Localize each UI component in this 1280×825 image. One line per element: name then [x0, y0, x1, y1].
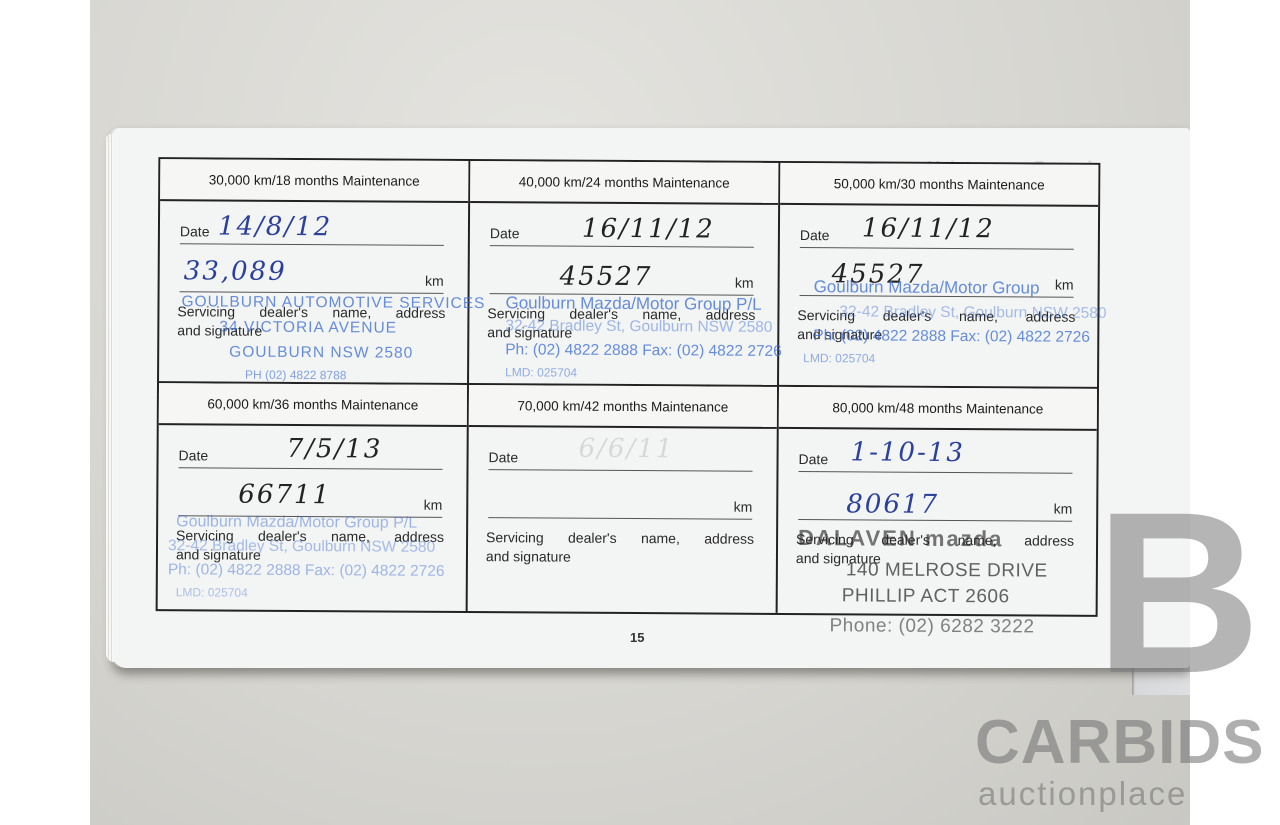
date-label: Date: [180, 223, 210, 239]
date-label: Date: [800, 227, 830, 243]
dealer-stamp-line: LMD: 025704: [505, 365, 577, 379]
maintenance-cell-30000: 30,000 km/18 months Maintenance Date 14/…: [159, 159, 470, 385]
km-line: [798, 519, 1072, 522]
photo-background: Maintenance Record 30,000 km/18 months M…: [90, 0, 1190, 825]
date-label: Date: [490, 225, 520, 241]
page-number: 15: [630, 630, 644, 645]
dealer-stamp-line: Phone: (02) 6282 3222: [829, 615, 1034, 638]
service-book-page: Maintenance Record 30,000 km/18 months M…: [112, 128, 1190, 668]
dealer-stamp-line: Goulburn Mazda/Motor Group P/L: [505, 293, 761, 315]
odometer-value: 45527: [560, 262, 653, 293]
odometer-value: 66711: [238, 480, 331, 511]
dealer-stamp-line: 32-42 Bradley St, Goulburn NSW 2580: [505, 317, 772, 337]
dealer-stamp-line: LMD: 025704: [803, 351, 875, 365]
dealer-stamp-line: PH (02) 4822 8788: [245, 368, 346, 383]
dealer-stamp-line: GOULBURN AUTOMOTIVE SERVICES: [181, 293, 485, 313]
date-line: [488, 469, 752, 472]
dealer-stamp-line: 34 VICTORIA AVENUE: [219, 319, 397, 338]
maintenance-grid: 30,000 km/18 months Maintenance Date 14/…: [156, 157, 1101, 617]
cell-heading: 70,000 km/42 months Maintenance: [469, 385, 777, 429]
cell-heading: 50,000 km/30 months Maintenance: [780, 163, 1098, 207]
dealer-stamp-line: Goulburn Mazda/Motor Group: [814, 277, 1040, 298]
dealer-stamp-line: Goulburn Mazda/Motor Group P/L: [176, 513, 417, 532]
km-label: km: [424, 497, 443, 513]
dealer-stamp-line: 140 MELROSE DRIVE: [846, 559, 1048, 582]
maintenance-cell-40000: 40,000 km/24 months Maintenance Date 16/…: [469, 161, 780, 387]
date-line: [800, 247, 1074, 250]
date-label: Date: [179, 447, 209, 463]
date-value: 7/5/13: [287, 434, 383, 465]
dealer-stamp-line: Ph: (02) 4822 2888 Fax: (02) 4822 2726: [505, 341, 782, 361]
dealer-stamp-line: Ph: (02) 4822 2888 Fax: (02) 4822 2726: [813, 327, 1090, 347]
date-line: [490, 245, 754, 248]
odometer-value: 33,089: [184, 256, 287, 287]
cell-heading: 40,000 km/24 months Maintenance: [470, 161, 778, 205]
cell-heading: 60,000 km/36 months Maintenance: [159, 383, 467, 427]
dealer-stamp-line: 32-42 Bradley St, Goulburn NSW 2580: [839, 303, 1106, 323]
date-value: 14/8/12: [218, 211, 332, 242]
km-label: km: [1055, 277, 1074, 293]
maintenance-cell-60000: 60,000 km/36 months Maintenance Date 7/5…: [158, 383, 469, 611]
date-value: 1-10-13: [851, 437, 965, 468]
dealer-stamp-line: PHILLIP ACT 2606: [842, 585, 1010, 608]
dealer-stamp-line: 32-42 Bradley St, Goulburn NSW 2580: [168, 537, 435, 557]
ghost-impression: 6/6/11: [579, 434, 675, 465]
maintenance-cell-50000: 50,000 km/30 months Maintenance Date 16/…: [779, 163, 1098, 389]
date-line: [180, 243, 444, 246]
date-value: 16/11/12: [582, 214, 715, 245]
signature-label: and signature: [486, 548, 571, 565]
dealer-stamp-line: GOULBURN NSW 2580: [229, 344, 413, 363]
cell-heading: 80,000 km/48 months Maintenance: [779, 387, 1097, 431]
km-label: km: [735, 275, 754, 291]
date-label: Date: [489, 449, 519, 465]
km-label: km: [1054, 501, 1073, 517]
date-value: 16/11/12: [862, 213, 995, 244]
maintenance-cell-80000: 80,000 km/48 months Maintenance Date 1-1…: [778, 387, 1097, 615]
date-line: [798, 471, 1072, 474]
date-line: [178, 467, 442, 470]
date-label: Date: [799, 451, 829, 467]
maintenance-cell-70000: 70,000 km/42 months Maintenance Date 6/6…: [468, 385, 779, 613]
dealer-stamp-line: LMD: 025704: [176, 585, 248, 599]
odometer-value: 80617: [846, 489, 939, 520]
km-label: km: [425, 273, 444, 289]
cell-heading: 30,000 km/18 months Maintenance: [160, 159, 468, 203]
dealer-stamp-line: Ph: (02) 4822 2888 Fax: (02) 4822 2726: [168, 561, 445, 581]
km-label: km: [734, 499, 753, 515]
km-line: [488, 517, 752, 520]
servicing-label: Servicing dealer's name, address: [486, 527, 754, 550]
servicing-label: Servicing dealer's name, address: [796, 529, 1074, 552]
